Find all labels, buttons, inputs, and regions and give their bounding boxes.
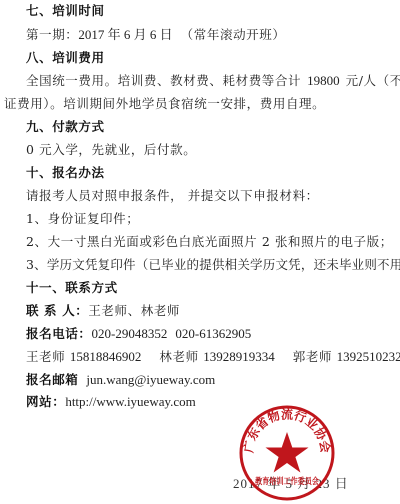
website-row: 网站：http://www.iyueway.com (0, 394, 400, 410)
period-label: 第一期： (26, 27, 78, 42)
phone-row: 报名电话：020-29048352020-61362905 (0, 326, 400, 342)
phone-number: 020-61362905 (175, 326, 251, 341)
section-7-heading: 七、培训时间 (0, 3, 400, 19)
mobile-number: 15818846902 (70, 349, 142, 364)
section-10-intro: 请报考人员对照申报条件， 并提交以下申报材料： (0, 188, 400, 204)
website-link[interactable]: http://www.iyueway.com (65, 394, 195, 409)
email-link[interactable]: jun.wang@iyueway.com (86, 372, 215, 387)
requirement-item: 2、大一寸黑白光面或彩色白底光面照片 2 张和照片的电子版； (0, 234, 400, 250)
section-8-heading: 八、培训费用 (0, 50, 400, 66)
seal-inner-text: 教育培训工作委员会 (254, 476, 319, 487)
requirement-item: 1、身份证复印件； (0, 211, 400, 227)
official-seal: 广东省物流行业协会 教育培训工作委员会 (238, 404, 336, 502)
period-note: （常年滚动开班） (181, 27, 286, 42)
mobile-name: 王老师 (26, 349, 65, 364)
requirement-item: 3、学历文凭复印件（已毕业的提供相关学历文凭，还未毕业则不用）； (0, 257, 400, 273)
fee-amount: 19800 (307, 73, 340, 88)
section-8-line-2: 证费用）。培训期间外地学员食宿统一安排，费用自理。 (0, 96, 400, 112)
section-7-period: 第一期：2017 年 6 月 6 日（常年滚动开班） (0, 27, 400, 43)
contact-person-row: 联 系 人：王老师、林老师 (0, 303, 400, 319)
section-9-heading: 九、付款方式 (0, 119, 400, 135)
mobile-row: 王老师 15818846902林老师 13928919334郭老师 139251… (0, 349, 400, 365)
phone-label: 报名电话： (26, 326, 92, 341)
fee-text-pre: 全国统一费用。培训费、教材费、耗材费等合计 (26, 73, 301, 88)
section-8-line-1: 全国统一费用。培训费、教材费、耗材费等合计19800元/人（不含考 (0, 73, 400, 89)
seal-icon: 广东省物流行业协会 教育培训工作委员会 (238, 404, 336, 502)
phone-number: 020-29048352 (92, 326, 168, 341)
fee-text-post: 元/人（不含考 (346, 73, 400, 88)
mobile-name: 郭老师 (293, 349, 332, 364)
section-9-text: 0 元入学，先就业，后付款。 (0, 142, 400, 158)
section-10-heading: 十、报名办法 (0, 165, 400, 181)
website-label: 网站： (26, 394, 65, 409)
period-date: 2017 年 6 月 6 日 (78, 27, 172, 42)
email-row: 报名邮箱jun.wang@iyueway.com (0, 372, 400, 388)
mobile-number: 13928919334 (203, 349, 275, 364)
mobile-name: 林老师 (159, 349, 198, 364)
section-11-heading: 十一、联系方式 (0, 280, 400, 296)
contact-label: 联 系 人： (26, 303, 88, 318)
contact-value: 王老师、林老师 (88, 303, 180, 318)
mobile-number: 13925102324 (337, 349, 400, 364)
email-label: 报名邮箱 (26, 372, 78, 387)
